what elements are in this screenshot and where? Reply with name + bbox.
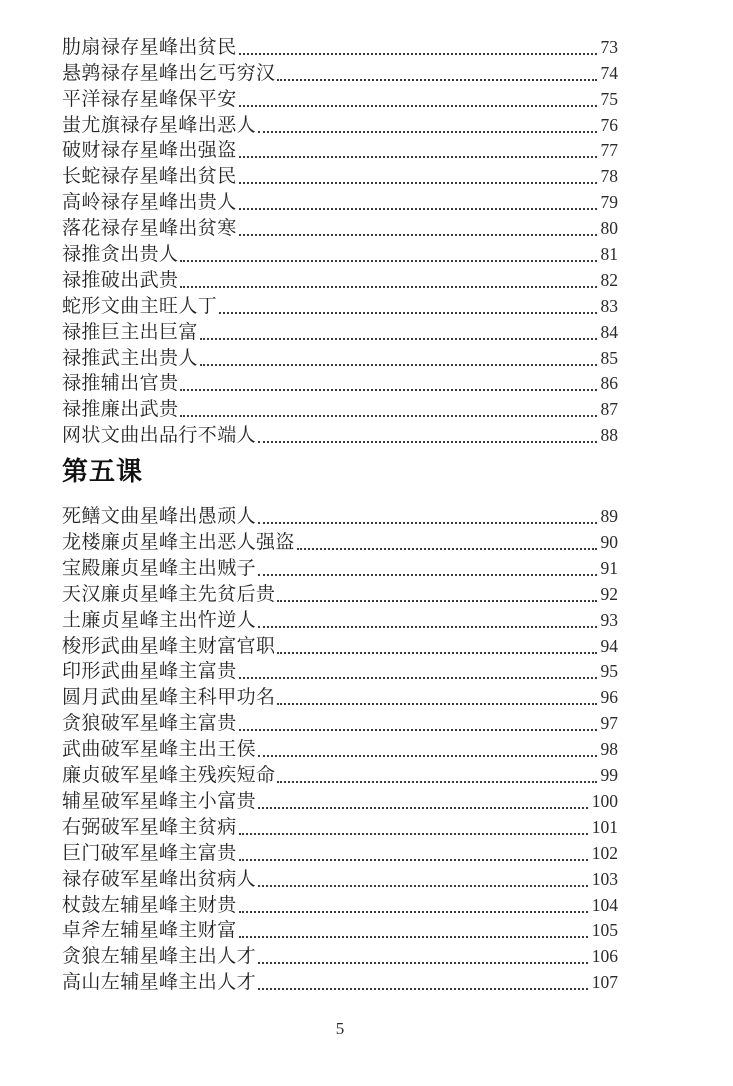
toc-entry: 落花禄存星峰出贫寒80 — [62, 214, 618, 240]
toc-entry-page-number: 90 — [601, 531, 619, 554]
dot-leader — [258, 885, 588, 887]
toc-entry: 贪狼破军星峰主富贵97 — [62, 709, 618, 735]
toc-entry-page-number: 79 — [601, 191, 619, 214]
toc-entry: 巨门破军星峰主富贵102 — [62, 839, 618, 865]
toc-entry-title: 长蛇禄存星峰出贫民 — [62, 165, 237, 188]
toc-entry-title: 印形武曲星峰主富贵 — [62, 660, 237, 683]
toc-entry-page-number: 85 — [601, 347, 619, 370]
toc-entry-title: 禄推破出武贵 — [62, 269, 178, 292]
toc-entry-page-number: 102 — [592, 842, 618, 865]
dot-leader — [180, 260, 596, 262]
footer-page-number: 5 — [336, 1019, 345, 1038]
dot-leader — [239, 53, 597, 55]
toc-entry: 武曲破军星峰主出王侯98 — [62, 735, 618, 761]
toc-entry-page-number: 103 — [592, 868, 618, 891]
toc-entry-page-number: 98 — [601, 738, 619, 761]
toc-entry: 宝殿廉贞星峰主出贼子91 — [62, 554, 618, 580]
toc-entry-title: 天汉廉贞星峰主先贫后贵 — [62, 583, 275, 606]
toc-entry: 卓斧左辅星峰主财富105 — [62, 917, 618, 943]
toc-entry-page-number: 75 — [601, 88, 619, 111]
toc-entry-title: 死鳝文曲星峰出愚顽人 — [62, 505, 256, 528]
toc-entry: 右弼破军星峰主贫病101 — [62, 813, 618, 839]
dot-leader — [239, 729, 597, 731]
dot-leader — [180, 286, 596, 288]
toc-entry-page-number: 89 — [601, 505, 619, 528]
toc-entry: 禄推破出武贵82 — [62, 266, 618, 292]
toc-entry: 死鳝文曲星峰出愚顽人89 — [62, 502, 618, 528]
toc-entry-page-number: 100 — [592, 790, 618, 813]
toc-entry-title: 平洋禄存星峰保平安 — [62, 88, 237, 111]
dot-leader — [239, 911, 588, 913]
toc-entry-page-number: 74 — [601, 62, 619, 85]
toc-entry-title: 圆月武曲星峰主科甲功名 — [62, 686, 275, 709]
toc-entry-page-number: 83 — [601, 295, 619, 318]
toc-entry: 肋扇禄存星峰出贫民73 — [62, 33, 618, 59]
dot-leader — [277, 79, 596, 81]
toc-entry: 破财禄存星峰出强盗77 — [62, 137, 618, 163]
toc-entry: 龙楼廉贞星峰主出恶人强盗90 — [62, 528, 618, 554]
dot-leader — [239, 156, 597, 158]
toc-entry-page-number: 73 — [601, 36, 619, 59]
toc-entry-title: 禄推廉出武贵 — [62, 398, 178, 421]
toc-entry-title: 土廉贞星峰主出忤逆人 — [62, 609, 256, 632]
toc-entry-page-number: 87 — [601, 398, 619, 421]
toc-entry-page-number: 81 — [601, 243, 619, 266]
dot-leader — [180, 415, 596, 417]
toc-entry: 辅星破军星峰主小富贵100 — [62, 787, 618, 813]
toc-entry-title: 武曲破军星峰主出王侯 — [62, 738, 256, 761]
toc-entry-title: 宝殿廉贞星峰主出贼子 — [62, 557, 256, 580]
dot-leader — [239, 105, 597, 107]
toc-entry-title: 龙楼廉贞星峰主出恶人强盗 — [62, 531, 295, 554]
toc-entry: 高岭禄存星峰出贵人79 — [62, 188, 618, 214]
toc-entry-page-number: 86 — [601, 372, 619, 395]
toc-entry: 长蛇禄存星峰出贫民78 — [62, 162, 618, 188]
dot-leader — [200, 338, 597, 340]
dot-leader — [258, 807, 588, 809]
dot-leader — [258, 962, 588, 964]
toc-entry: 高山左辅星峰主出人才107 — [62, 968, 618, 994]
toc-entry: 禄存破军星峰出贫病人103 — [62, 865, 618, 891]
toc-entry-title: 辅星破军星峰主小富贵 — [62, 790, 256, 813]
dot-leader — [258, 626, 596, 628]
toc-entry-page-number: 104 — [592, 894, 618, 917]
toc-entry-page-number: 82 — [601, 269, 619, 292]
toc-entry-title: 卓斧左辅星峰主财富 — [62, 919, 237, 942]
dot-leader — [239, 833, 588, 835]
toc-entry-title: 梭形武曲星峰主财富官职 — [62, 635, 275, 658]
dot-leader — [277, 652, 596, 654]
toc-entry-page-number: 107 — [592, 971, 618, 994]
page-footer: 5 — [62, 1019, 618, 1039]
dot-leader — [219, 312, 596, 314]
toc-entry-page-number: 93 — [601, 609, 619, 632]
toc-entry-page-number: 88 — [601, 424, 619, 447]
dot-leader — [239, 234, 597, 236]
dot-leader — [239, 859, 588, 861]
toc-entry: 禄推辅出官贵86 — [62, 370, 618, 396]
toc-entry-title: 高岭禄存星峰出贵人 — [62, 191, 237, 214]
toc-entry: 悬鹑禄存星峰出乞丐穷汉74 — [62, 59, 618, 85]
dot-leader — [258, 755, 596, 757]
dot-leader — [297, 548, 597, 550]
toc-entry-page-number: 94 — [601, 635, 619, 658]
toc-entry: 贪狼左辅星峰主出人才106 — [62, 942, 618, 968]
toc-entry-title: 破财禄存星峰出强盗 — [62, 139, 237, 162]
toc-entry-title: 右弼破军星峰主贫病 — [62, 816, 237, 839]
toc-entry-page-number: 92 — [601, 583, 619, 606]
section-heading: 第五课 — [62, 455, 618, 487]
toc-entry-title: 落花禄存星峰出贫寒 — [62, 217, 237, 240]
toc-entry: 杖鼓左辅星峰主财贵104 — [62, 891, 618, 917]
toc-entry-page-number: 106 — [592, 945, 618, 968]
dot-leader — [200, 364, 597, 366]
dot-leader — [239, 208, 597, 210]
dot-leader — [239, 936, 588, 938]
toc-entry-page-number: 84 — [601, 321, 619, 344]
table-of-contents: 肋扇禄存星峰出贫民73悬鹑禄存星峰出乞丐穷汉74平洋禄存星峰保平安75蚩尤旗禄存… — [62, 33, 618, 994]
dot-leader — [277, 600, 596, 602]
toc-entry-title: 禄推巨主出巨富 — [62, 321, 198, 344]
toc-entry-page-number: 95 — [601, 660, 619, 683]
dot-leader — [277, 703, 596, 705]
toc-entry-title: 贪狼破军星峰主富贵 — [62, 712, 237, 735]
toc-entry: 天汉廉贞星峰主先贫后贵92 — [62, 580, 618, 606]
dot-leader — [239, 182, 597, 184]
toc-entry-title: 禄存破军星峰出贫病人 — [62, 868, 256, 891]
toc-entry-title: 禄推武主出贵人 — [62, 347, 198, 370]
toc-entry-title: 贪狼左辅星峰主出人才 — [62, 945, 256, 968]
toc-entry: 梭形武曲星峰主财富官职94 — [62, 632, 618, 658]
toc-entry-title: 网状文曲出品行不端人 — [62, 424, 256, 447]
toc-entry-page-number: 99 — [601, 764, 619, 787]
toc-entry: 蚩尤旗禄存星峰出恶人76 — [62, 111, 618, 137]
toc-entry: 平洋禄存星峰保平安75 — [62, 85, 618, 111]
toc-entry: 圆月武曲星峰主科甲功名96 — [62, 683, 618, 709]
toc-entry-page-number: 97 — [601, 712, 619, 735]
toc-entry-title: 高山左辅星峰主出人才 — [62, 971, 256, 994]
toc-entry: 印形武曲星峰主富贵95 — [62, 658, 618, 684]
toc-entry-page-number: 76 — [601, 114, 619, 137]
toc-entry-page-number: 101 — [592, 816, 618, 839]
toc-entry-page-number: 77 — [601, 139, 619, 162]
toc-entry-page-number: 96 — [601, 686, 619, 709]
dot-leader — [258, 131, 596, 133]
toc-entry: 禄推武主出贵人85 — [62, 344, 618, 370]
dot-leader — [258, 522, 596, 524]
toc-entry: 土廉贞星峰主出忤逆人93 — [62, 606, 618, 632]
toc-entry: 蛇形文曲主旺人丁83 — [62, 292, 618, 318]
toc-entry-page-number: 78 — [601, 165, 619, 188]
toc-entry-title: 悬鹑禄存星峰出乞丐穷汉 — [62, 62, 275, 85]
toc-entry-page-number: 105 — [592, 919, 618, 942]
toc-entry-title: 禄推贪出贵人 — [62, 243, 178, 266]
toc-entry: 网状文曲出品行不端人88 — [62, 421, 618, 447]
dot-leader — [258, 988, 588, 990]
toc-entry: 禄推巨主出巨富84 — [62, 318, 618, 344]
toc-entry-title: 肋扇禄存星峰出贫民 — [62, 36, 237, 59]
toc-entry: 禄推廉出武贵87 — [62, 395, 618, 421]
toc-entry: 廉贞破军星峰主残疾短命99 — [62, 761, 618, 787]
toc-entry: 禄推贪出贵人81 — [62, 240, 618, 266]
toc-entry-page-number: 91 — [601, 557, 619, 580]
dot-leader — [258, 441, 596, 443]
dot-leader — [239, 677, 597, 679]
dot-leader — [180, 389, 596, 391]
toc-entry-title: 蚩尤旗禄存星峰出恶人 — [62, 114, 256, 137]
toc-entry-title: 蛇形文曲主旺人丁 — [62, 295, 217, 318]
toc-entry-title: 廉贞破军星峰主残疾短命 — [62, 764, 275, 787]
toc-entry-title: 杖鼓左辅星峰主财贵 — [62, 894, 237, 917]
document-page: 肋扇禄存星峰出贫民73悬鹑禄存星峰出乞丐穷汉74平洋禄存星峰保平安75蚩尤旗禄存… — [0, 0, 733, 1086]
toc-entry-page-number: 80 — [601, 217, 619, 240]
toc-entry-title: 禄推辅出官贵 — [62, 372, 178, 395]
dot-leader — [277, 781, 596, 783]
toc-entry-title: 巨门破军星峰主富贵 — [62, 842, 237, 865]
dot-leader — [258, 574, 596, 576]
